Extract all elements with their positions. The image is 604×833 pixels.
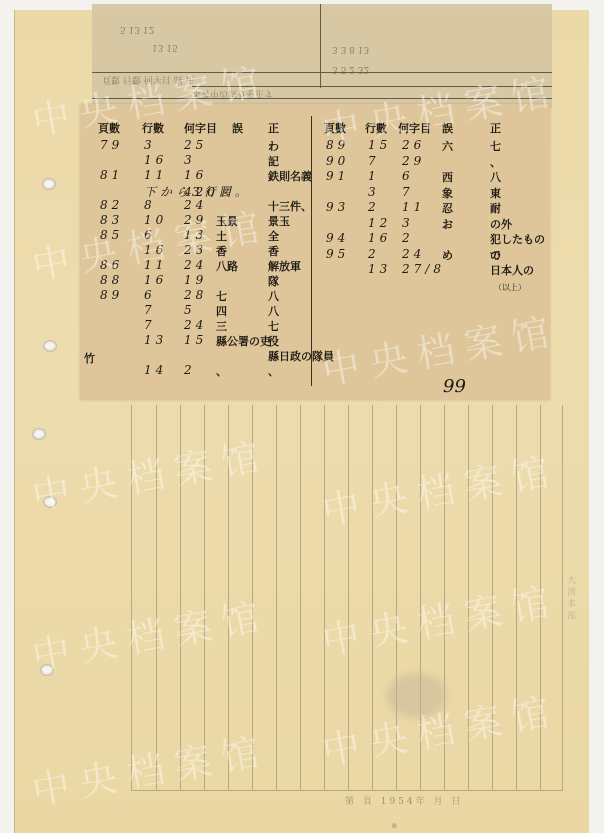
errata-cell-correct: 、 [490, 154, 501, 170]
errata-cell-correct: 七 [268, 318, 279, 334]
errata-cell-line: 7 [144, 303, 156, 317]
errata-cell-char: 24 [402, 247, 425, 261]
punch-hole [43, 496, 57, 508]
errata-cell-char: 28 [184, 288, 207, 302]
header-line: 行數 [142, 120, 164, 136]
punch-hole [32, 428, 46, 440]
errata-cell-line: 6 [144, 288, 156, 302]
errata-cell-char: 3 [402, 216, 414, 230]
margin-note: 大 清 本 部 [564, 575, 577, 620]
page-footer: 第 頁 1954年 月 日 [345, 794, 463, 807]
errata-cell-page: 94 [326, 231, 349, 245]
errata-cell-line: 2 [368, 247, 380, 261]
errata-cell-page: 93 [326, 200, 349, 214]
errata-cell-char: 26 [402, 138, 425, 152]
errata-cell-correct: 東 [490, 185, 501, 201]
errata-cell-correct: 七 [490, 138, 501, 154]
errata-cell-correct: 縣日政の隊員 [268, 348, 334, 364]
errata-cell-correct: わ [268, 138, 279, 154]
table-divider [311, 116, 312, 386]
errata-cell-line: 16 [144, 243, 167, 257]
inverted-strip: 5 13 12 13 15 頁數 行數 何字目 誤 正 本書中の誤りを正す 3 … [92, 4, 552, 108]
errata-cell-char: 25 [184, 138, 207, 152]
errata-cell-line: 16 [368, 231, 391, 245]
errata-cell-char: 29 [184, 213, 207, 227]
errata-cell-correct: 役 [268, 333, 279, 349]
errata-cell-correct: 八 [268, 303, 279, 319]
grid-line [252, 405, 253, 790]
errata-cell-correct: 解放軍 [268, 258, 301, 274]
errata-cell-correct: 香 [268, 243, 279, 259]
grid-line [372, 405, 373, 790]
errata-cell-wrong: 玉景 [216, 213, 238, 229]
page-number: 99 [443, 376, 466, 397]
header-page: 頁數 [324, 120, 346, 136]
errata-cell-wrong: 六 [442, 138, 453, 154]
errata-cell-page: 90 [326, 154, 349, 168]
header-wrong: 誤 [232, 120, 243, 136]
errata-cell-line: 3 [368, 185, 380, 199]
errata-cell-correct: 記 [268, 153, 279, 169]
errata-cell-char: 13 [184, 228, 207, 242]
errata-cell-page: 89 [326, 138, 349, 152]
errata-cell-line: 11 [144, 168, 167, 182]
errata-cell-line: 15 [368, 138, 391, 152]
errata-cell-page: 89 [100, 288, 123, 302]
errata-cell-line: 16 [144, 153, 167, 167]
errata-cell-line: 10 [144, 213, 167, 227]
errata-cell-char: 24 [184, 198, 207, 212]
errata-cell-line: 11 [144, 258, 167, 272]
errata-cell-page: 86 [100, 258, 123, 272]
margin-mark: 竹 [84, 350, 95, 366]
errata-cell-wrong: 香 [216, 243, 227, 259]
grid-line [180, 405, 181, 790]
header-char: 何字目 [184, 120, 217, 136]
header-wrong: 誤 [442, 120, 453, 136]
errata-cell-line: 16 [144, 273, 167, 287]
errata-cell-page: 95 [326, 247, 349, 261]
punch-hole [40, 664, 54, 676]
errata-cell-correct: の [490, 247, 501, 263]
errata-cell-char: 3 [184, 153, 196, 167]
grid-line [228, 405, 229, 790]
errata-cell-char: 2 [184, 363, 196, 377]
errata-cell-page: 85 [100, 228, 123, 242]
errata-cell-wrong: お [442, 216, 453, 232]
errata-cell-line: 14 [144, 363, 167, 377]
errata-cell-correct: 十三件、 [268, 198, 312, 214]
grid-line [348, 405, 349, 790]
grid-line [396, 405, 397, 790]
errata-cell-correct: 八 [268, 288, 279, 304]
errata-cell-page: 82 [100, 198, 123, 212]
grid-line [300, 405, 301, 790]
errata-cell-line: 7 [368, 154, 380, 168]
header-correct: 正 [268, 120, 279, 136]
grid-line [420, 405, 421, 790]
footer-mark: ※ [391, 822, 398, 831]
errata-cell-page: 83 [100, 213, 123, 227]
errata-cell-wrong: 土 [216, 228, 227, 244]
errata-cell-char: 24 [184, 318, 207, 332]
header-char: 何字目 [398, 120, 431, 136]
errata-cell-wrong: 、 [216, 363, 227, 379]
grid-line [540, 405, 541, 790]
errata-cell-char: 6 [402, 169, 414, 183]
grid-line [156, 405, 157, 790]
grid-line [468, 405, 469, 790]
punch-hole [43, 340, 57, 352]
errata-cell-char: 11 [402, 200, 425, 214]
errata-cell-correct: 鉄則名義 [268, 168, 312, 184]
errata-cell-line: 1 [368, 169, 380, 183]
punch-hole [42, 178, 56, 190]
errata-cell-char: 16 [184, 168, 207, 182]
errata-cell-line: 13 [368, 262, 391, 276]
strip-bottom-line: 本書中の誤りを正す [192, 88, 273, 101]
errata-slip: 頁數 行數 何字目 誤 正 頁數 行數 何字目 誤 正 79325わ163記81… [80, 104, 550, 400]
grid-line [324, 405, 325, 790]
errata-cell-char: 29 [402, 154, 425, 168]
errata-cell-page: 88 [100, 273, 123, 287]
errata-cell-page: 81 [100, 168, 123, 182]
grid-line [204, 405, 205, 790]
end-note: （以上） [494, 282, 526, 293]
errata-cell-line: 8 [144, 198, 156, 212]
errata-cell-wrong: め [442, 247, 453, 263]
errata-cell-wrong: 七 [216, 288, 227, 304]
errata-cell-char: 7 [402, 185, 414, 199]
errata-cell-line: 12 [368, 216, 391, 230]
header-page: 頁數 [98, 120, 120, 136]
errata-cell-char: 23 [184, 243, 207, 257]
header-line: 行數 [365, 120, 387, 136]
errata-cell-correct: 耐 [490, 200, 501, 216]
errata-cell-correct: の外 [490, 216, 512, 232]
errata-cell-wrong: 西 [442, 169, 453, 185]
grid-line [516, 405, 517, 790]
errata-cell-correct: 八 [490, 169, 501, 185]
errata-cell-wrong: 三 [216, 318, 227, 334]
grid-line [444, 405, 445, 790]
ink-stain [387, 673, 447, 718]
errata-cell-correct: 隊 [268, 273, 279, 289]
strip-header: 頁數 行數 何字目 誤 正 [102, 74, 194, 87]
header-correct: 正 [490, 120, 501, 136]
errata-cell-char: 19 [184, 273, 207, 287]
errata-cell-correct: 、 [268, 363, 279, 379]
errata-cell-char: 5 [184, 303, 196, 317]
errata-cell-char: 24 [184, 258, 207, 272]
grid-line [276, 405, 277, 790]
grid-line [492, 405, 493, 790]
errata-cell-wrong: 縣公署の吏 [216, 333, 271, 349]
errata-cell-char: 15 [184, 333, 207, 347]
errata-cell-char: 2 [402, 231, 414, 245]
errata-cell-char: 27/8 [402, 262, 445, 276]
errata-cell-wrong: 四 [216, 303, 227, 319]
errata-cell-line: 13 [144, 333, 167, 347]
manuscript-grid [131, 405, 563, 791]
errata-cell-page: 79 [100, 138, 123, 152]
errata-cell-correct: 日本人の [490, 262, 534, 278]
errata-cell-page: 91 [326, 169, 349, 183]
errata-cell-wrong: 八路 [216, 258, 238, 274]
errata-cell-correct: 全 [268, 228, 279, 244]
errata-cell-line: 6 [144, 228, 156, 242]
errata-cell-wrong: 象 [442, 185, 453, 201]
errata-cell-line: 7 [144, 318, 156, 332]
errata-cell-line: 3 [144, 138, 156, 152]
errata-cell-line: 2 [368, 200, 380, 214]
errata-cell-correct: 景玉 [268, 213, 290, 229]
errata-cell-wrong: 忍 [442, 200, 453, 216]
